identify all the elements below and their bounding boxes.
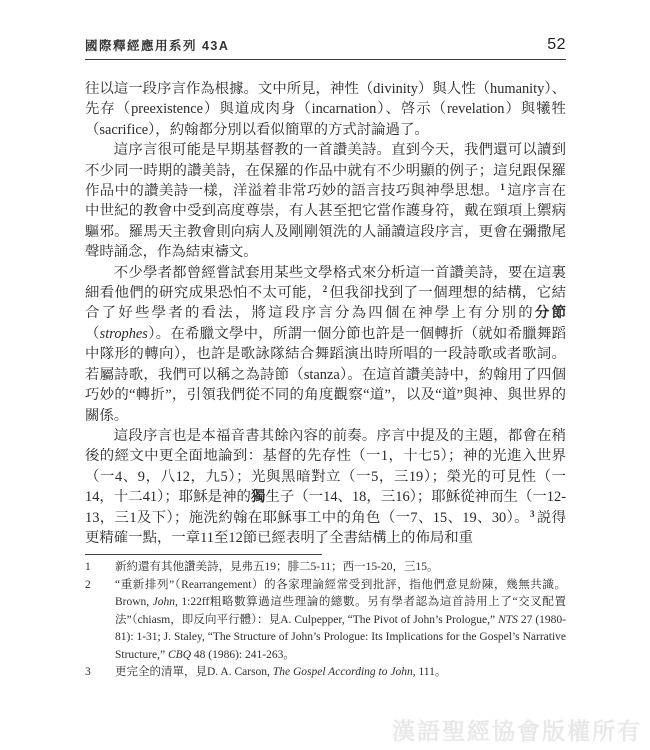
footnote-text: “重新排列”（Rearrangement）的各家理論經常受到批評，指他們意見紛陳… <box>115 577 566 665</box>
footnote-ref: 2 <box>323 284 328 294</box>
footnote: 2“重新排列”（Rearrangement）的各家理論經常受到批評，指他們意見紛… <box>85 577 566 665</box>
footnote-ref: 1 <box>500 182 505 192</box>
body-text: 往以這一段序言作為根據。文中所見，神性（divinity）與人性（humanit… <box>85 79 566 548</box>
text-run: , 111。 <box>413 666 447 678</box>
body-paragraph: 這序言很可能是早期基督教的一首讚美詩。直到今天，我們還可以讀到不少同一時期的讚美… <box>85 140 566 262</box>
page: 國際釋經應用系列 43A 52 往以這一段序言作為根據。文中所見，神性（divi… <box>85 36 566 682</box>
footnote-ref: 3 <box>530 509 535 519</box>
text-run: （ <box>85 326 100 342</box>
text-run: 獨 <box>251 489 265 505</box>
text-run: CBQ <box>168 649 191 661</box>
footnote-text: 新約還有其他讚美詩，見弗五19；腓二5-11；西一15-20，三15。 <box>115 559 566 577</box>
body-paragraph: 往以這一段序言作為根據。文中所見，神性（divinity）與人性（humanit… <box>85 79 566 140</box>
text-run: 往以這一段序言作為根據。文中所見，神性（divinity）與人性（humanit… <box>85 81 566 138</box>
text-run: 分節 <box>535 305 566 321</box>
body-paragraph: 這段序言也是本福音書其餘內容的前奏。序言中提及的主題，都會在稍後的經文中更全面地… <box>85 426 566 548</box>
footnote-marker: 2 <box>85 577 115 665</box>
footnote-text: 更完全的清單，見D. A. Carson, The Gospel Accordi… <box>115 664 566 682</box>
footnote: 3更完全的清單，見D. A. Carson, The Gospel Accord… <box>85 664 566 682</box>
text-run: ）。在希臘文學中，所謂一個分節也許是一個轉折（就如希臘舞蹈中隊形的轉向），也許是… <box>85 326 566 424</box>
watermark: 漢語聖經協會版權所有 <box>392 713 642 746</box>
page-header: 國際釋經應用系列 43A 52 <box>85 36 566 60</box>
series-title: 國際釋經應用系列 43A <box>85 36 229 54</box>
text-run: NTS <box>498 614 518 626</box>
footnotes: 1新約還有其他讚美詩，見弗五19；腓二5-11；西一15-20，三15。2“重新… <box>85 559 566 682</box>
text-run: 48 (1986): 241-263。 <box>191 649 295 661</box>
text-run: The Gospel According to John <box>273 666 413 678</box>
text-run: 新約還有其他讚美詩，見弗五19；腓二5-11；西一15-20，三15。 <box>115 561 438 573</box>
body-paragraph: 不少學者都曾經嘗試套用某些文學格式來分析這一首讚美詩，要在這裏細看他們的研究成果… <box>85 263 566 426</box>
text-run: John <box>153 596 175 608</box>
text-run: strophes <box>100 326 148 342</box>
text-run: 這序言很可能是早期基督教的一首讚美詩。直到今天，我們還可以讀到不少同一時期的讚美… <box>85 142 566 199</box>
text-run: 更完全的清單，見D. A. Carson, <box>115 666 273 678</box>
footnote-separator <box>85 554 322 555</box>
footnote: 1新約還有其他讚美詩，見弗五19；腓二5-11；西一15-20，三15。 <box>85 559 566 577</box>
footnote-marker: 3 <box>85 664 115 682</box>
footnote-marker: 1 <box>85 559 115 577</box>
page-number: 52 <box>547 36 566 54</box>
